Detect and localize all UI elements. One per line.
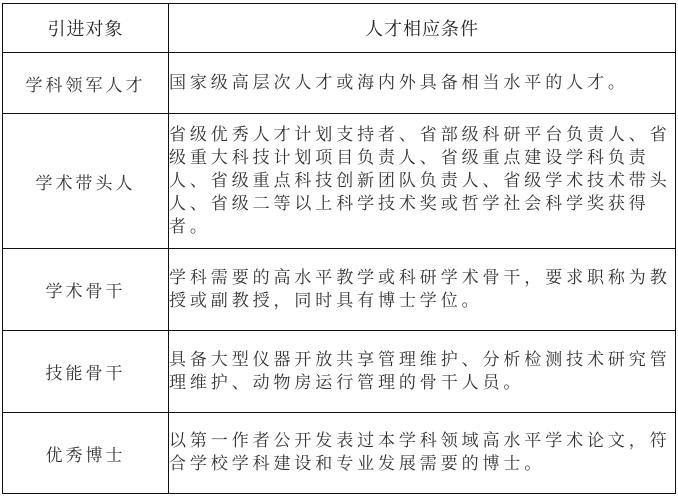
table-row: 技能骨干 具备大型仪器开放共享管理维护、分析检测技术研究管理维护、动物房运行管理…: [3, 331, 676, 413]
header-recruitment-target: 引进对象: [3, 4, 169, 53]
row-category: 技能骨干: [3, 331, 169, 413]
row-conditions: 以第一作者公开发表过本学科领域高水平学术论文，符合学校学科建设和专业发展需要的博…: [169, 413, 676, 494]
talent-recruitment-table: 引进对象 人才相应条件 学科领军人才 国家级高层次人才或海内外具备相当水平的人才…: [2, 3, 676, 494]
row-category: 学术骨干: [3, 249, 169, 331]
row-conditions: 省级优秀人才计划支持者、省部级科研平台负责人、省级重大科技计划项目负责人、省级重…: [169, 114, 676, 249]
table-row: 学术骨干 学科需要的高水平教学或科研学术骨干，要求职称为教授或副教授，同时具有博…: [3, 249, 676, 331]
row-conditions: 具备大型仪器开放共享管理维护、分析检测技术研究管理维护、动物房运行管理的骨干人员…: [169, 331, 676, 413]
header-talent-conditions: 人才相应条件: [169, 4, 676, 53]
row-conditions: 国家级高层次人才或海内外具备相当水平的人才。: [169, 53, 676, 114]
table-row: 优秀博士 以第一作者公开发表过本学科领域高水平学术论文，符合学校学科建设和专业发…: [3, 413, 676, 494]
row-category: 优秀博士: [3, 413, 169, 494]
table-row: 学科领军人才 国家级高层次人才或海内外具备相当水平的人才。: [3, 53, 676, 114]
table-row: 学术带头人 省级优秀人才计划支持者、省部级科研平台负责人、省级重大科技计划项目负…: [3, 114, 676, 249]
row-category: 学科领军人才: [3, 53, 169, 114]
row-category: 学术带头人: [3, 114, 169, 249]
table-header-row: 引进对象 人才相应条件: [3, 4, 676, 53]
row-conditions: 学科需要的高水平教学或科研学术骨干，要求职称为教授或副教授，同时具有博士学位。: [169, 249, 676, 331]
